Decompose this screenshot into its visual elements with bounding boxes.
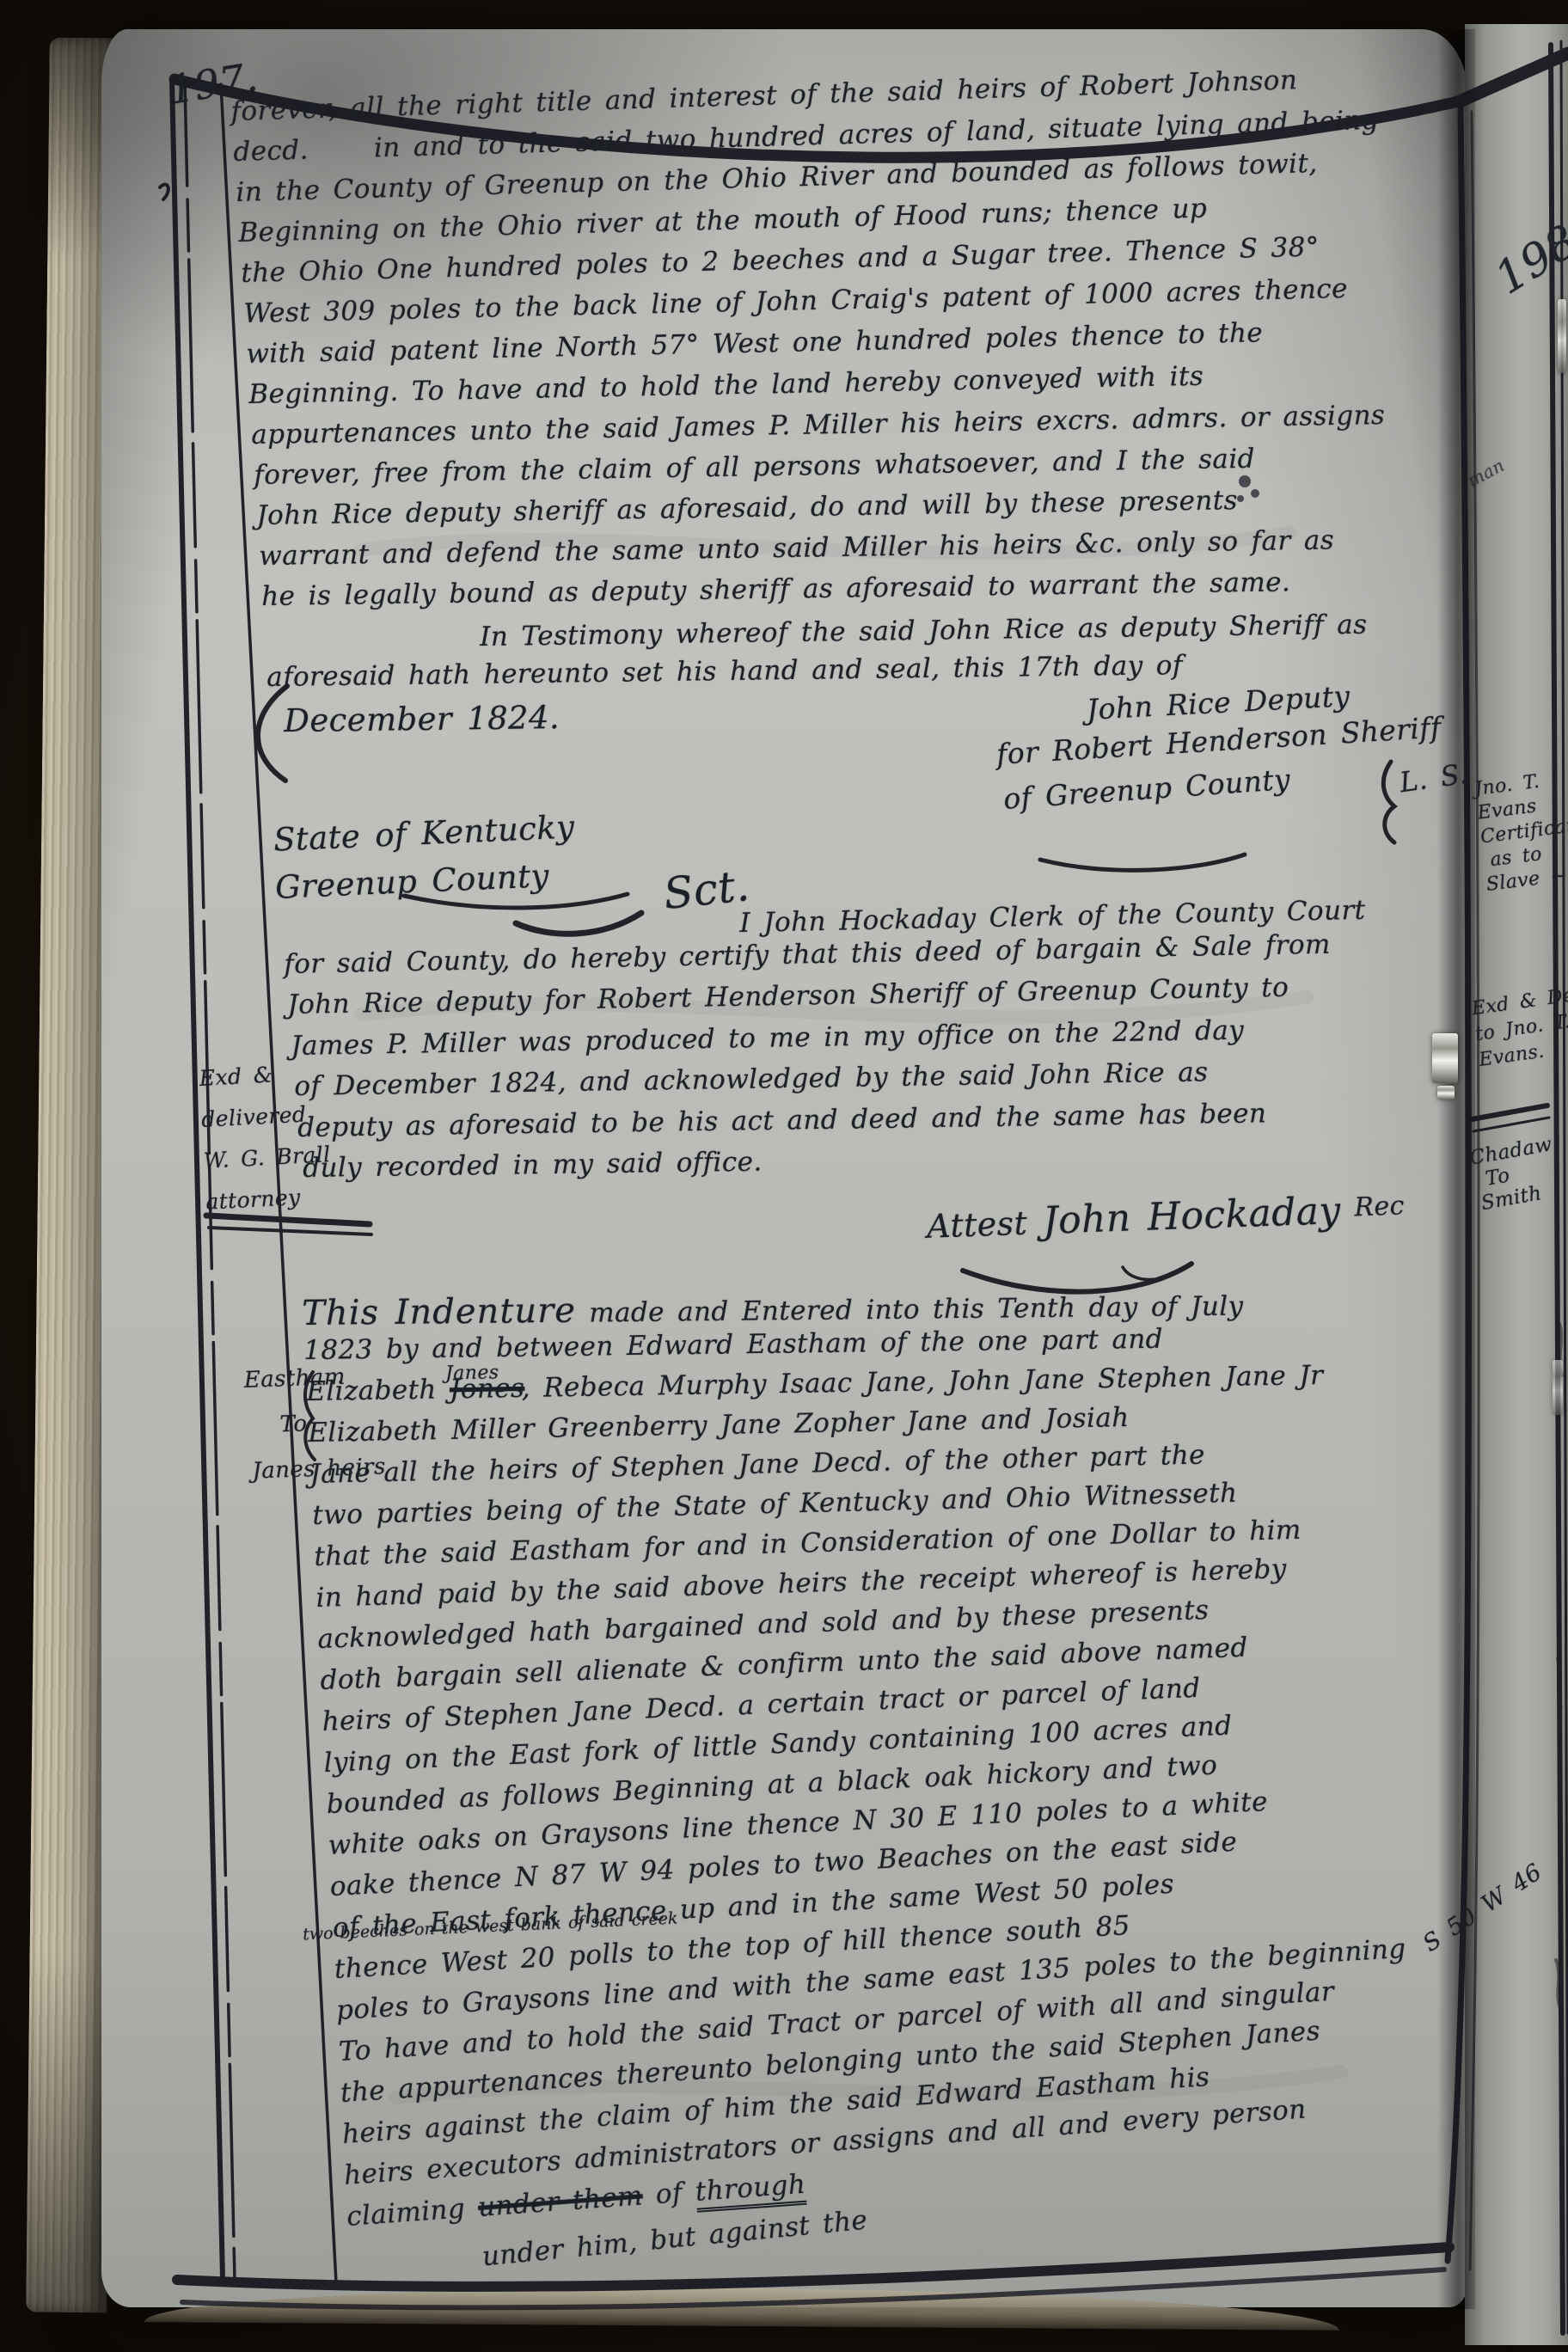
- deed2-line-fragment: Elizabeth: [306, 1374, 450, 1407]
- deed2-line-rest: made and Entered into this Tenth day of …: [589, 1291, 1244, 1329]
- deed1-body: forever, all the right title and interes…: [230, 96, 1451, 743]
- margin-note-line: W. G. Brall: [203, 1142, 332, 1190]
- attest-flourish-loop: [1123, 1264, 1191, 1280]
- margin-note-line: Exd &: [199, 1059, 328, 1107]
- attest-suffix: Rec: [1354, 1191, 1406, 1222]
- emphasized-word: through: [695, 2169, 807, 2213]
- margin-note-line: delivered: [201, 1100, 330, 1148]
- certification-body: I John Hockaday Clerk of the County Cour…: [258, 908, 1479, 1194]
- metal-clip-tab: [1437, 1086, 1455, 1099]
- attest-label: Attest: [926, 1204, 1027, 1246]
- interlined-correction: Janes: [445, 1362, 499, 1384]
- signature-flourish: [1040, 854, 1245, 870]
- deed2-line-fragment: of: [641, 2177, 696, 2211]
- certification-margin-note: Exd & delivered W. G. Brall attorney: [199, 1059, 334, 1230]
- edge-reflection: [1558, 299, 1566, 373]
- deed2-lead-words: This Indenture: [302, 1291, 576, 1333]
- right-page-rule-a: [1472, 1106, 1547, 1119]
- right-page-note-next-entry: Chadaw To Smith: [1468, 1133, 1562, 1216]
- deed2-body: This Indenture made and Entered into thi…: [286, 1294, 1507, 2243]
- deed-book-photo: 197. 198. forever, all the right title a…: [0, 0, 1568, 2352]
- margin-note-line: attorney: [205, 1183, 334, 1231]
- deed1-signature-block: John Rice Deputy for Robert Henderson Sh…: [995, 693, 1441, 827]
- edge-reflection: [1553, 1360, 1563, 1415]
- right-page-rule-b: [1473, 1118, 1549, 1131]
- right-page-note-certificate: Jno. T. Evans Certificate as to Slave ~: [1473, 766, 1568, 898]
- metal-clip: [1432, 1033, 1458, 1083]
- margin-tick: [160, 185, 168, 199]
